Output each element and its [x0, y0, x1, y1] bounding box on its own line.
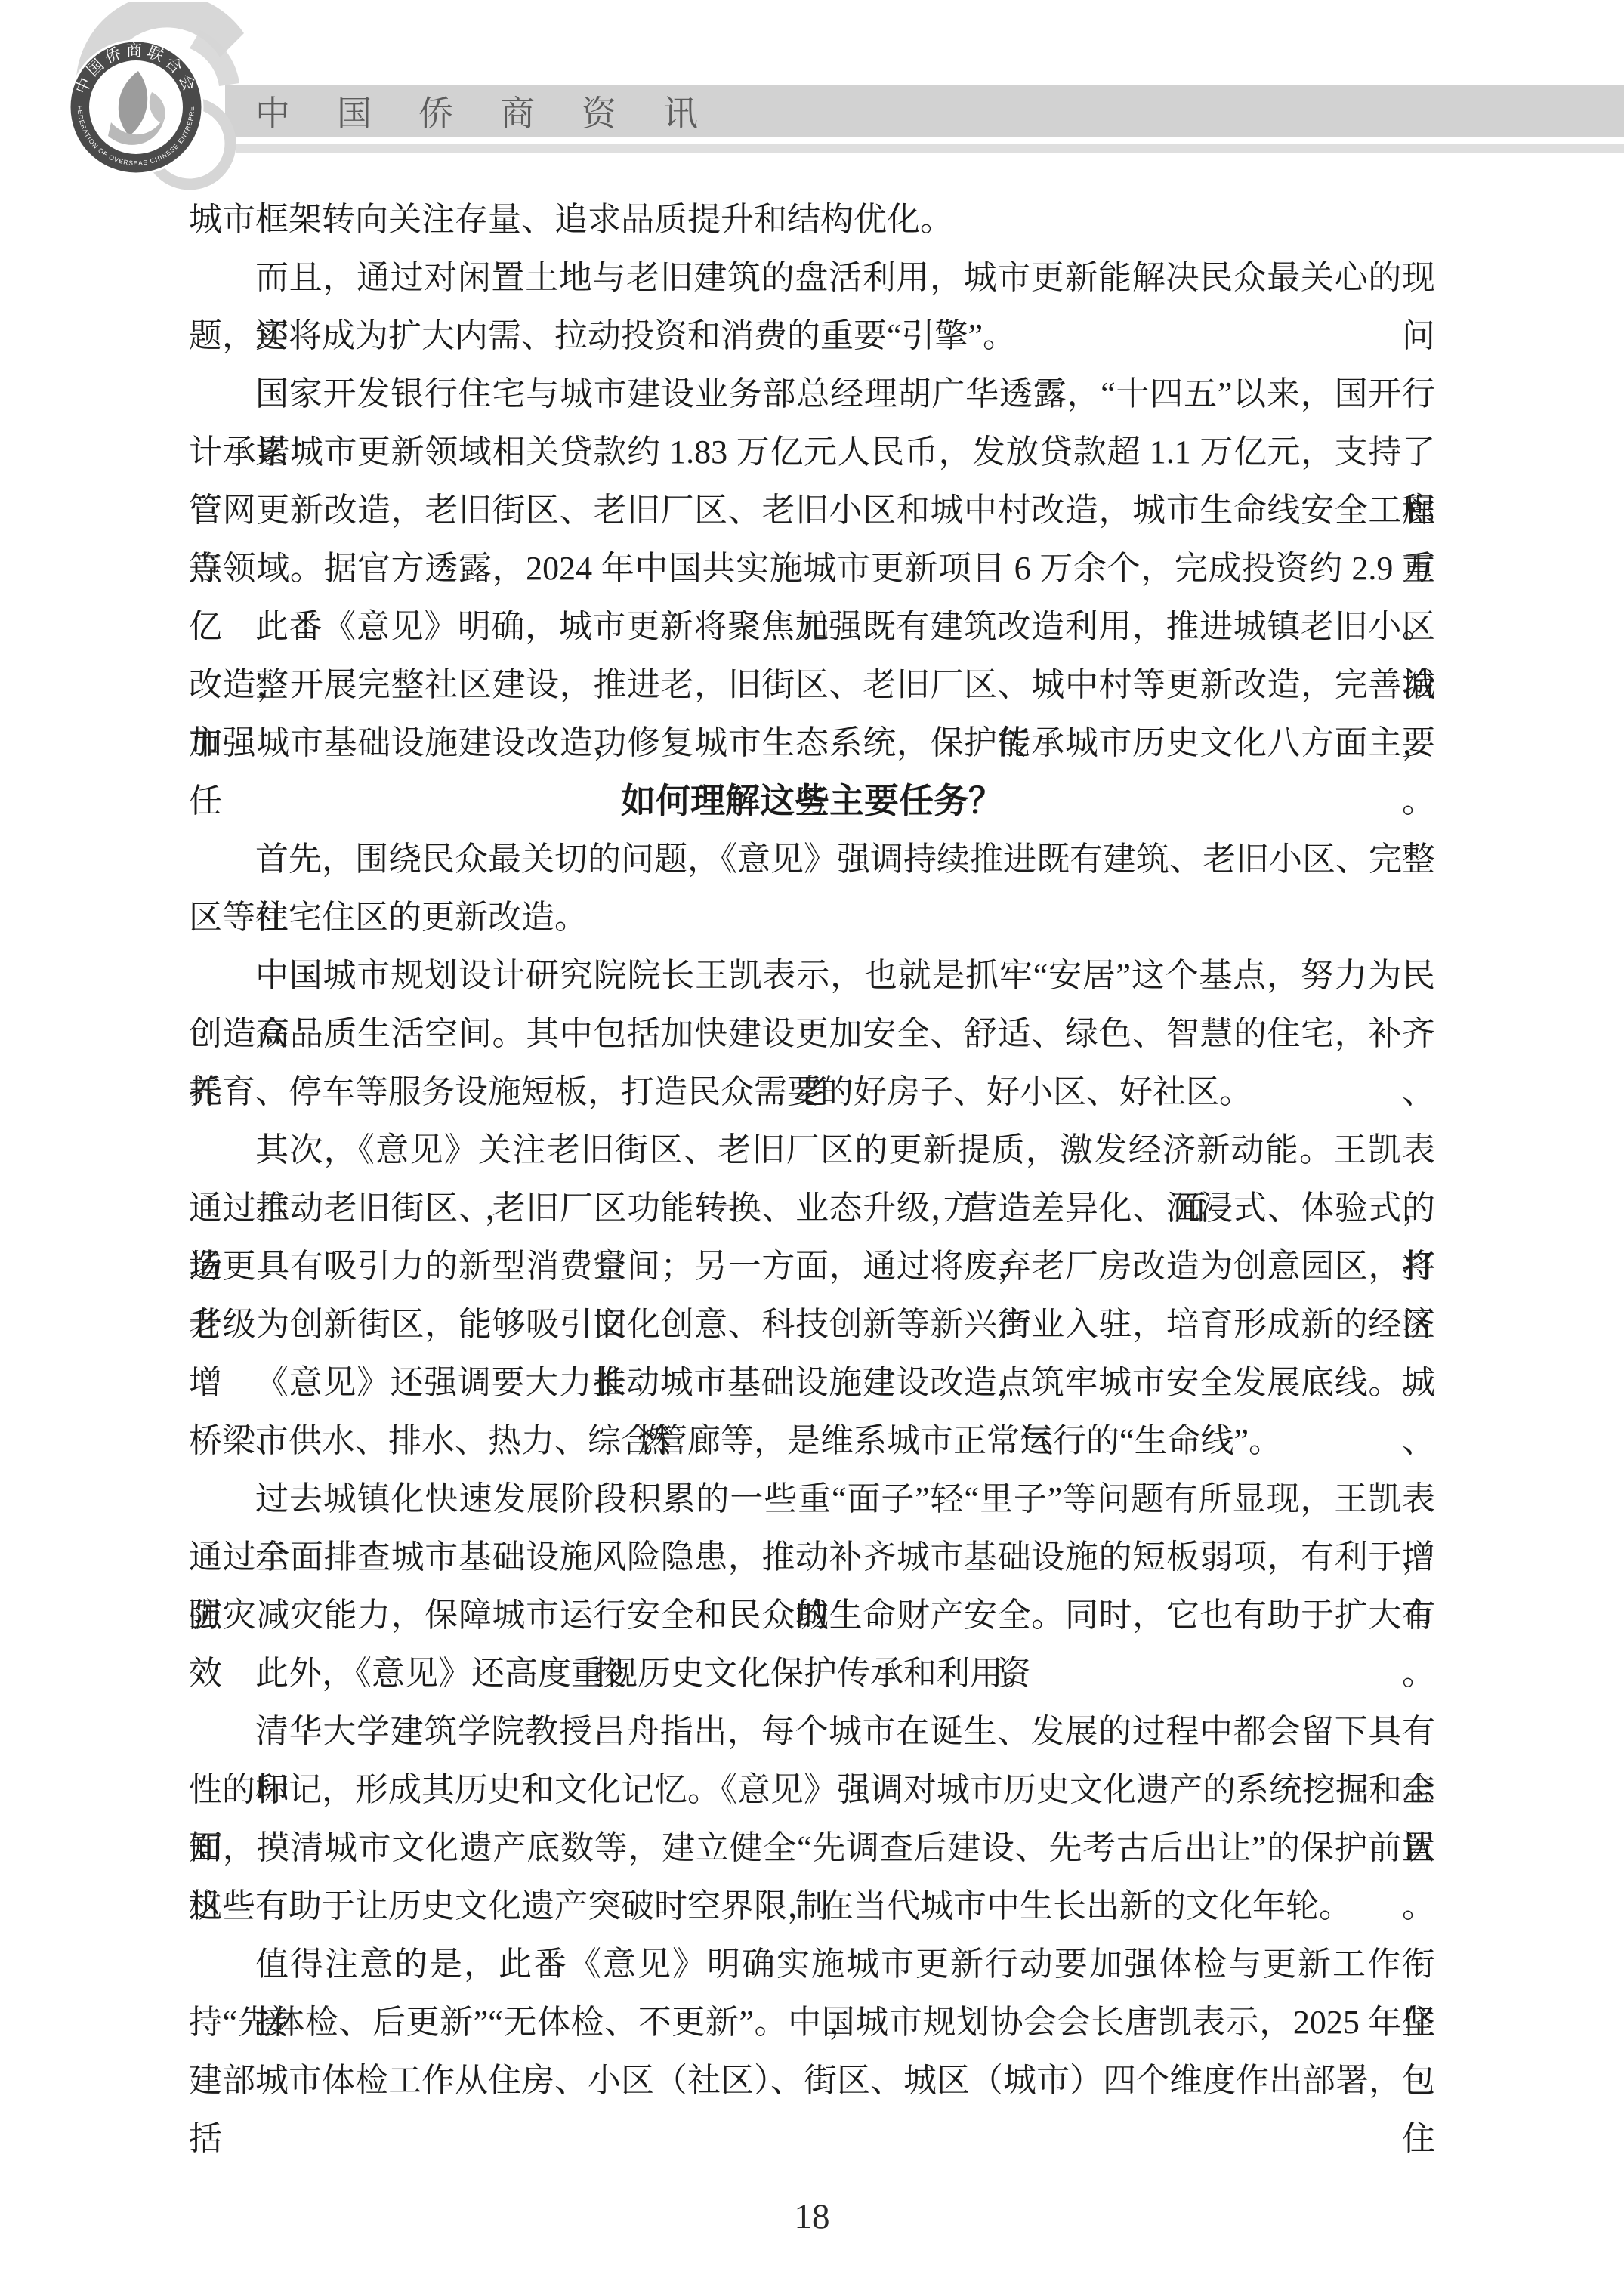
text-line: 《意见》还强调要大力推动城市基础设施建设改造，筑牢城市安全发展底线。城市燃气、 — [189, 1353, 1435, 1412]
text-line: 这些有助于让历史文化遗产突破时空界限，在当代城市中生长出新的文化年轮。 — [189, 1877, 1435, 1935]
text-line: 性的印记，形成其历史和文化记忆。《意见》强调对城市历史文化遗产的系统挖掘和全面认 — [189, 1761, 1435, 1819]
text-line: 其次，《意见》关注老旧街区、老旧厂区的更新提质，激发经济新动能。王凯表示，一方面… — [189, 1121, 1435, 1179]
text-line: 首先，围绕民众最关切的问题，《意见》强调持续推进既有建筑、老旧小区、完整社 — [189, 830, 1435, 888]
masthead-title: 中国侨商资讯 — [255, 86, 745, 136]
document-page: 中国侨商资讯 中国侨商联合会 CHINA FEDERATI — [0, 0, 1624, 2293]
masthead-banner: 中国侨商资讯 — [225, 85, 1624, 137]
article-body: 城市框架转向关注存量、追求品质提升和结构优化。而且，通过对闲置土地与老旧建筑的盘… — [189, 190, 1435, 2109]
text-line: 此番《意见》明确，城市更新将聚焦加强既有建筑改造利用，推进城镇老旧小区整治 — [189, 597, 1435, 656]
page-number: 18 — [0, 2196, 1624, 2237]
text-line: 清华大学建筑学院教授吕舟指出，每个城市在诞生、发展的过程中都会留下具有标志 — [189, 1702, 1435, 1761]
text-line: 区等住宅住区的更新改造。 — [189, 888, 1435, 946]
text-line: 国家开发银行住宅与城市建设业务部总经理胡广华透露，“十四五”以来，国开行累 — [189, 365, 1435, 423]
text-line: 中国城市规划设计研究院院长王凯表示，也就是抓牢“安居”这个基点，努力为民众 — [189, 946, 1435, 1005]
text-line: 而且，通过对闲置土地与老旧建筑的盘活利用，城市更新能解决民众最关心的现实问 — [189, 248, 1435, 307]
text-line: 持“先体检、后更新”“无体检、不更新”。中国城市规划协会会长唐凯表示，2025 … — [189, 1993, 1435, 2051]
text-line: 升级为创新街区，能够吸引文化创意、科技创新等新兴产业入驻，培育形成新的经济增长点… — [189, 1295, 1435, 1353]
text-line: 防灾减灾能力，保障城市运行安全和民众的生命财产安全。同时，它也有助于扩大有效投资… — [189, 1586, 1435, 1644]
text-line: 桥梁、供水、排水、热力、综合管廊等，是维系城市正常运行的“生命线”。 — [189, 1412, 1435, 1470]
logo-graphic: 中国侨商联合会 CHINA FEDERATION OF OVERSEAS CHI… — [42, 2, 302, 217]
text-line: 改造，开展完整社区建设，推进老，旧街区、老旧厂区、城中村等更新改造，完善城市功能… — [189, 656, 1435, 714]
text-line: 过去城镇化快速发展阶段积累的一些重“面子”轻“里子”等问题有所显现，王凯表示， — [189, 1470, 1435, 1528]
text-line: 值得注意的是，此番《意见》明确实施城市更新行动要加强体检与更新工作衔接，坚 — [189, 1935, 1435, 1993]
text-line: 点领域。据官方透露，2024 年中国共实施城市更新项目 6 万余个，完成投资约 … — [189, 539, 1435, 597]
text-line: 造更具有吸引力的新型消费空间；另一方面，通过将废弃老厂房改造为创意园区，将老旧街… — [189, 1237, 1435, 1295]
text-line: 通过推动老旧街区、老旧厂区功能转换、业态升级，营造差异化、沉浸式、体验式的场景，… — [189, 1179, 1435, 1237]
text-line: 托育、停车等服务设施短板，打造民众需要的好房子、好小区、好社区。 — [189, 1063, 1435, 1121]
text-line: 知，摸清城市文化遗产底数等，建立健全“先调查后建设、先考古后出让”的保护前置机制… — [189, 1819, 1435, 1877]
text-line: 建部城市体检工作从住房、小区（社区）、街区、城区（城市）四个维度作出部署，包括住 — [189, 2051, 1435, 2109]
text-line: 计承诺城市更新领域相关贷款约 1.83 万亿元人民币，发放贷款超 1.1 万亿元… — [189, 423, 1435, 481]
text-line: 城市框架转向关注存量、追求品质提升和结构优化。 — [189, 190, 1435, 248]
masthead-underline — [236, 144, 1624, 153]
organization-logo: 中国侨商联合会 CHINA FEDERATION OF OVERSEAS CHI… — [42, 2, 302, 217]
text-line: 加强城市基础设施建设改造，修复城市生态系统，保护传承城市历史文化八方面主要任务。 — [189, 714, 1435, 772]
text-line: 通过全面排查城市基础设施风险隐患，推动补齐城市基础设施的短板弱项，有利于增强城市 — [189, 1528, 1435, 1586]
text-line: 管网更新改造，老旧街区、老旧厂区、老旧小区和城中村改造，城市生命线安全工程等重 — [189, 481, 1435, 539]
text-line: 创造高品质生活空间。其中包括加快建设更加安全、舒适、绿色、智慧的住宅，补齐养老、 — [189, 1005, 1435, 1063]
